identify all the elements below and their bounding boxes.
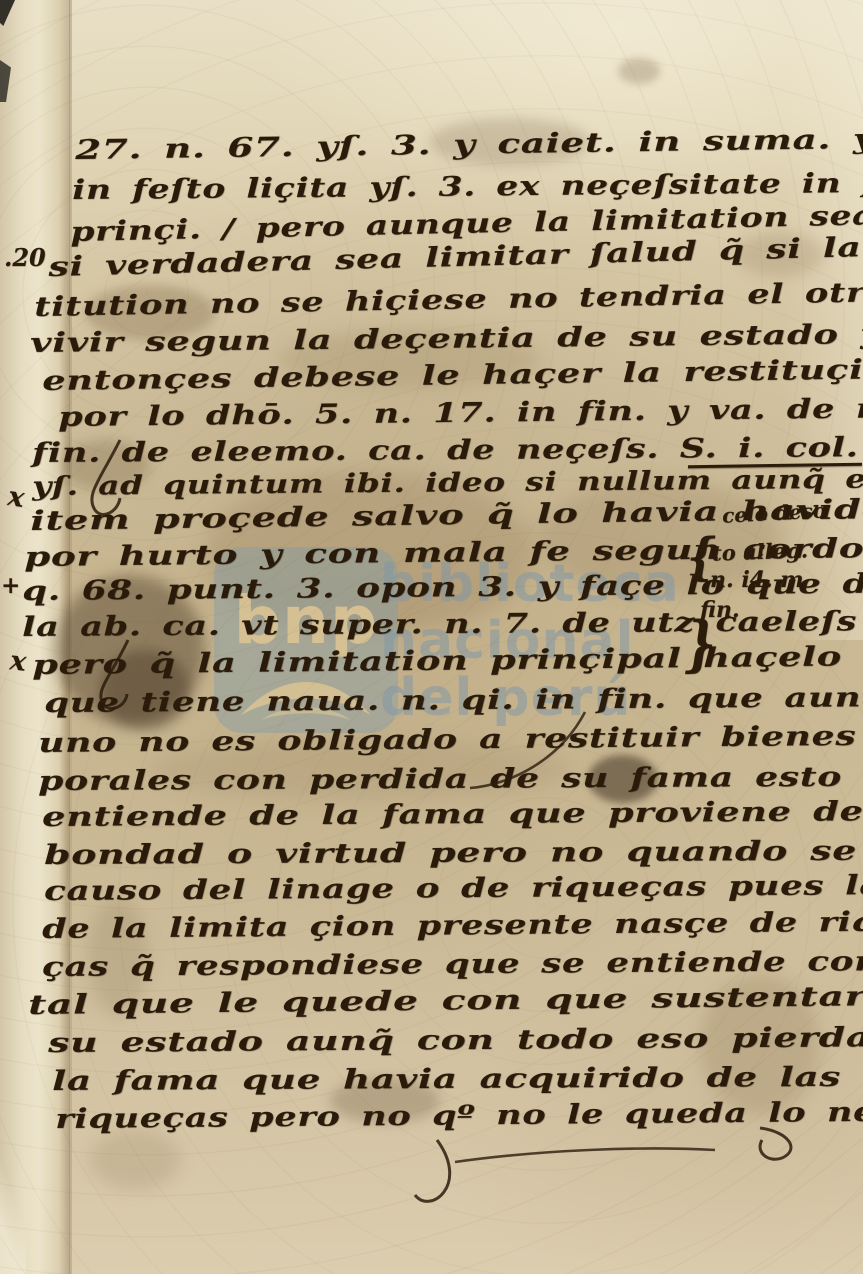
manuscript-line: ças q̃ respondiese que se entiende con [42, 946, 863, 983]
manuscript-line: entonçes debese le haçer la restituçion [42, 354, 863, 397]
manuscript-line: vivir segun la deçentia de su estado y c… [30, 318, 863, 359]
manuscript-line: 27. n. 67. yſ. 3. y caiet. in suma. y16. [75, 123, 863, 166]
manuscript-line: riqueças pero no qº no le queda lo neçeſ… [55, 1096, 863, 1135]
manuscript-line: causo del linage o de riqueças pues la [44, 870, 863, 907]
margin-brace-close: } [685, 609, 716, 679]
manuscript-line: bondad o virtud pero no quando se [44, 836, 857, 871]
manuscript-line: titution no se hiçiese no tendria el otr… [34, 276, 863, 323]
manuscript-line: que tiene naua. n. qi. in fin. que aunq̃ [44, 682, 863, 719]
ink-stain [90, 1130, 180, 1190]
manuscript-line: in feſto liçita yſ. 3. ex neçeſsitate in… [72, 167, 863, 206]
manuscript-line: pero q̃ la limitation prinçipal haçelo [32, 642, 842, 681]
margin-x-mark-bottom: x [8, 645, 27, 678]
manuscript-line: la fama que havia acquirido de las [52, 1062, 841, 1097]
manuscript-line: uno no es obligado a restituir bienes te… [38, 720, 863, 759]
margin-note-to-alleg: to alleg. [712, 537, 809, 565]
page-bottom-corner [0, 1150, 26, 1274]
ink-stain [618, 58, 660, 84]
manuscript-line: porales con perdida de su fama esto se [38, 761, 863, 797]
manuscript-line: de la limita çion presente nasçe de riqu… [42, 906, 863, 945]
manuscript-line: tal que le quede con que sustentar [28, 981, 863, 1021]
manuscript-line: su estado aunq̃ con todo eso pierda [48, 1022, 863, 1059]
manuscript-line: fin. de eleemo. ca. de neçeſs. S. i. col… [32, 431, 863, 469]
margin-note-n14m: n. i4. m [710, 567, 804, 593]
manuscript-line: entiende de la fama que proviene de [42, 796, 863, 833]
manuscript-line: por lo dhō. 5. n. 17. in fin. y va. de n… [58, 393, 863, 433]
margin-cross-mark: + [1, 572, 20, 599]
folio-number: .20 [4, 243, 46, 272]
manuscript-page: bnp biblioteca nacional del perú 27. n. … [0, 0, 863, 1274]
